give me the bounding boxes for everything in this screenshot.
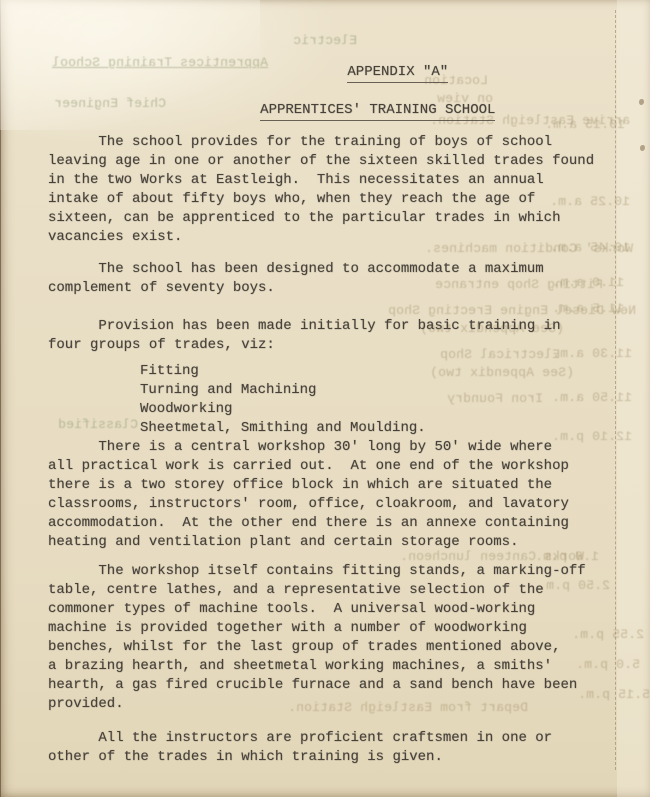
bleed-through-fragment: Classified [58,417,138,433]
paragraph-intro: The school provides for the training of … [48,133,614,247]
bleed-through-fragment: 11.5 a.m. [552,301,624,317]
paragraph-workshop: There is a central workshop 30' long by … [48,438,614,552]
document-page: ElectricApprentices Training SchoolLocat… [0,0,650,797]
paragraph-instructors: All the instructors are proficient craft… [48,729,614,767]
appendix-heading-text: APPENDIX "A" [347,64,448,83]
paragraph-capacity: The school has been designed to accommod… [48,260,614,298]
page-title: APPRENTICES' TRAINING SCHOOL [0,82,650,139]
trades-list: Fitting Turning and Machining Woodworkin… [140,362,650,438]
page-title-text: APPRENTICES' TRAINING SCHOOL [260,102,495,121]
paragraph-equipment: The workshop itself contains fitting sta… [48,562,614,714]
paragraph-provision: Provision has been made initially for ba… [48,317,614,355]
